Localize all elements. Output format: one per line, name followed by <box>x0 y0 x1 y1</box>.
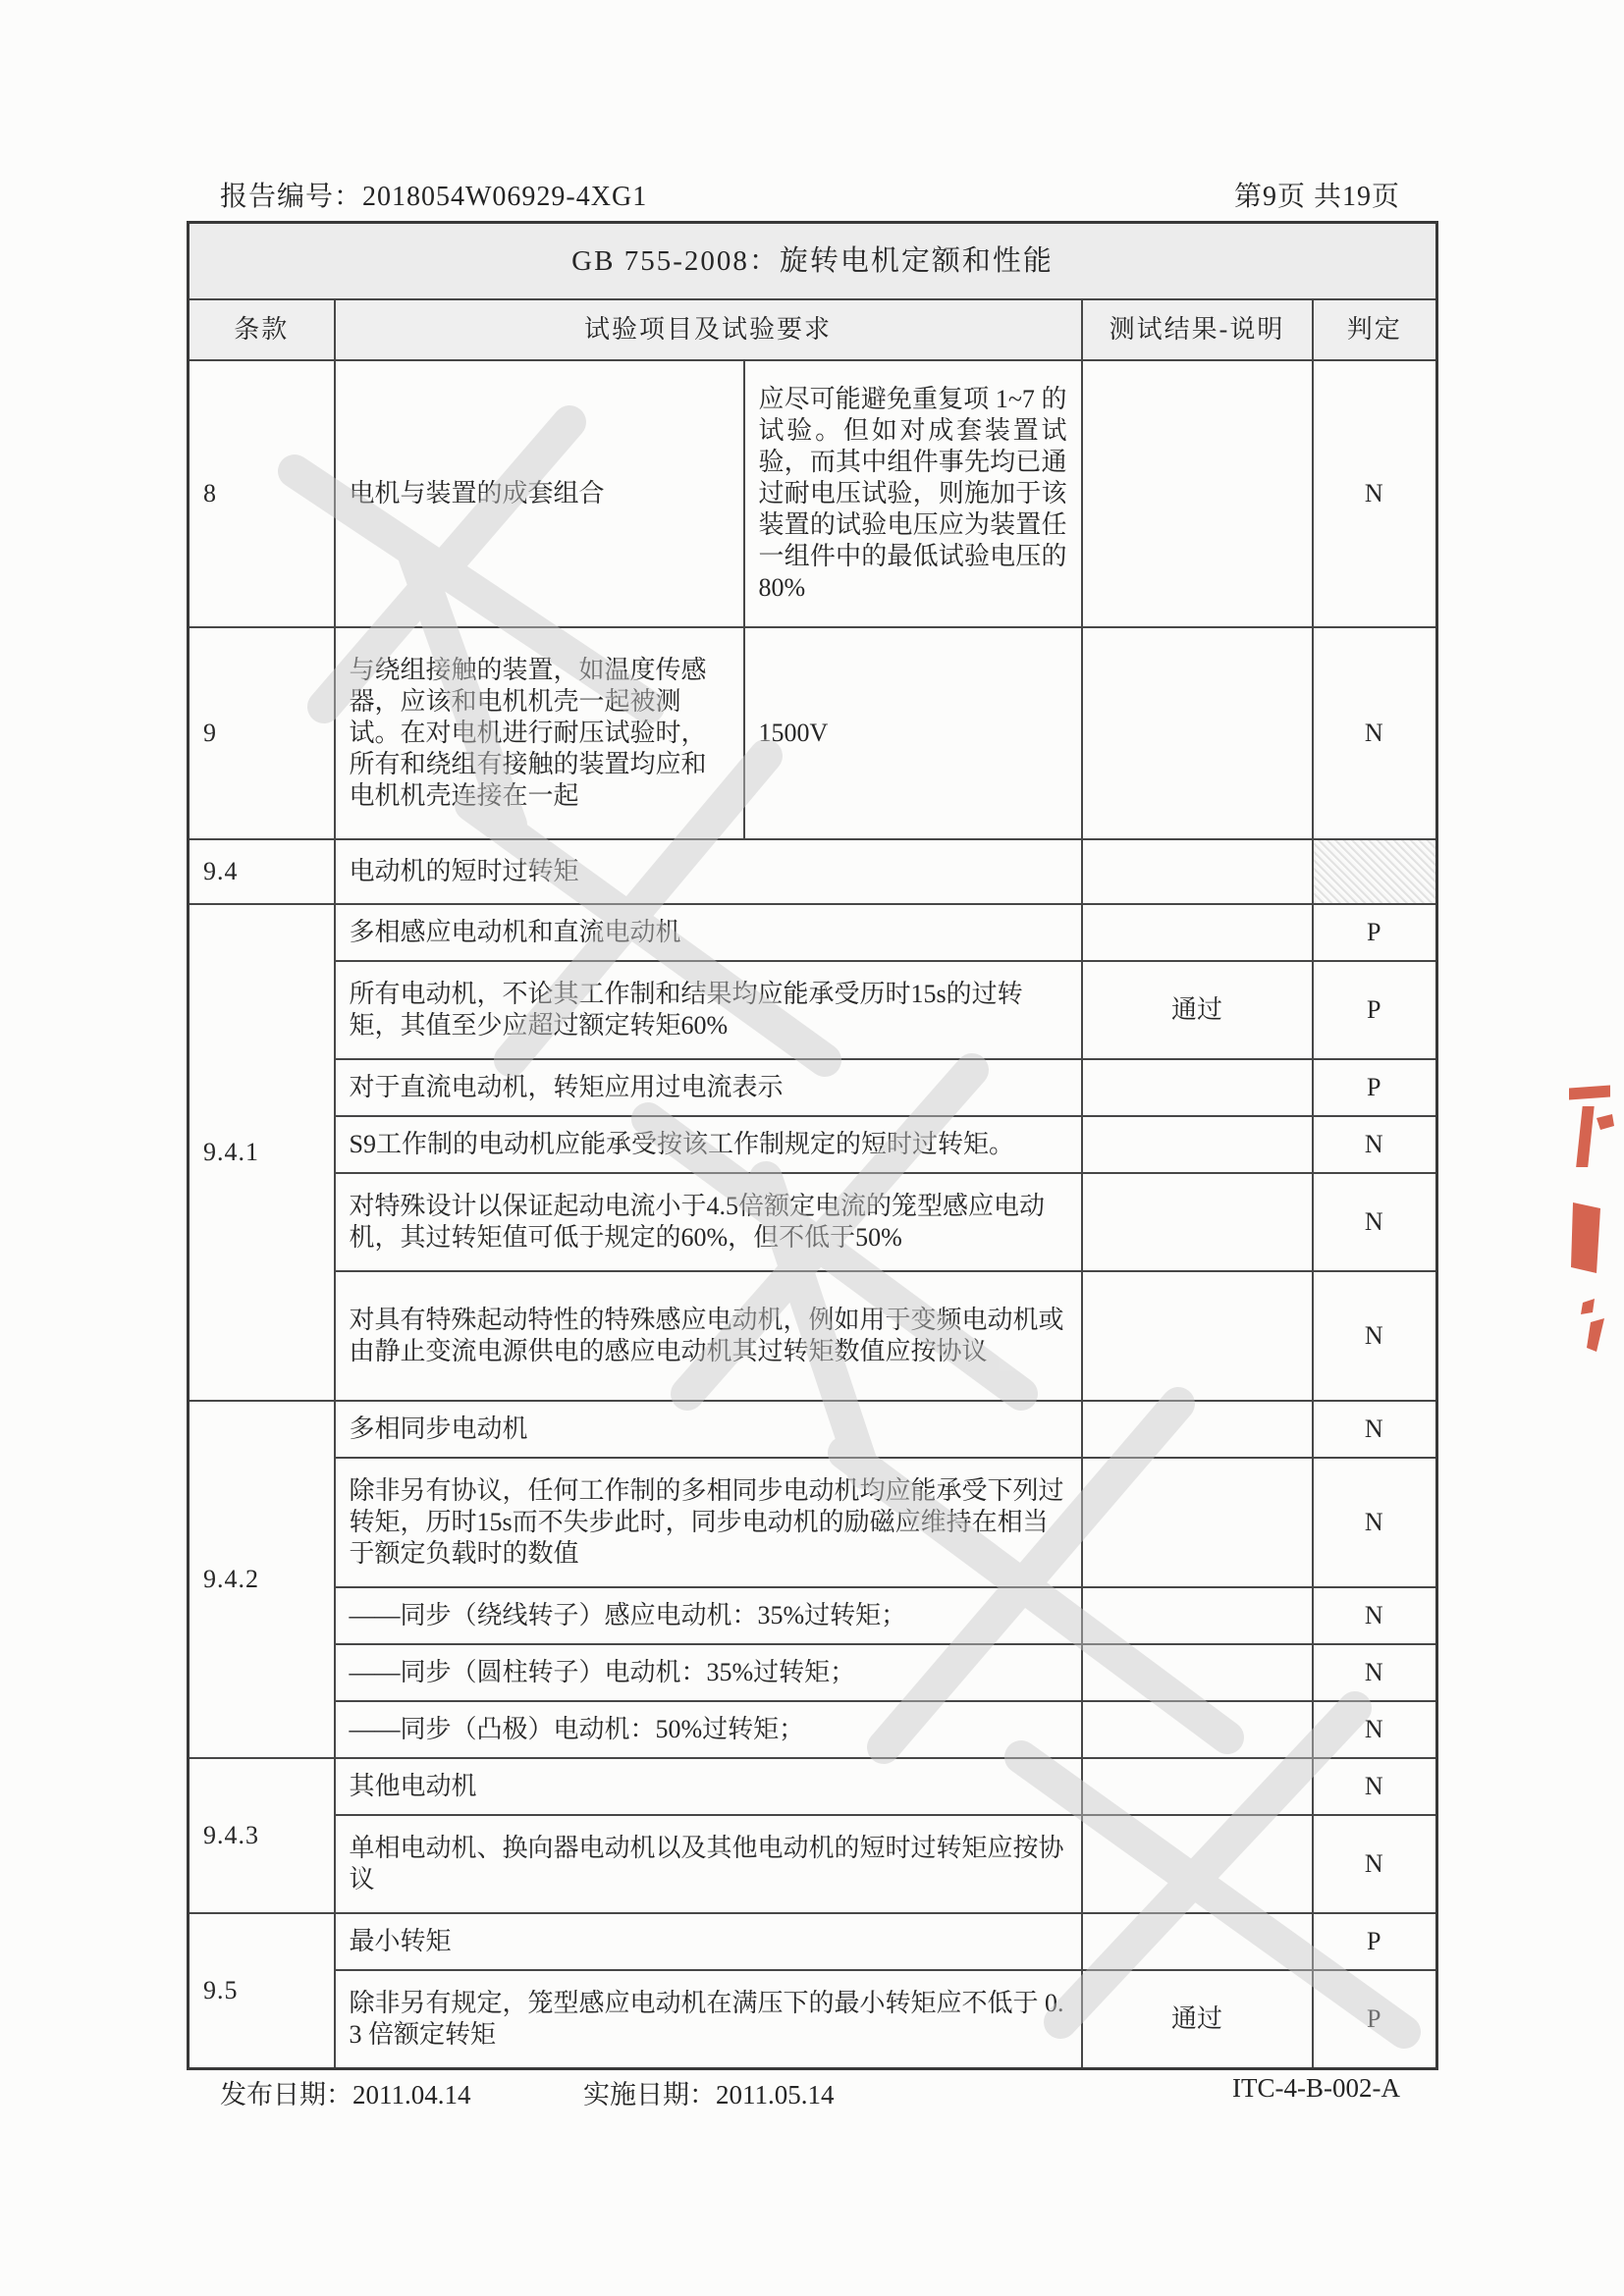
header-verdict: 判定 <box>1313 299 1437 360</box>
result-cell <box>1082 839 1313 904</box>
result-cell <box>1082 1401 1313 1458</box>
verdict-cell: N <box>1313 360 1437 627</box>
result-cell <box>1082 1116 1313 1173</box>
item-cell: 对于直流电动机，转矩应用过电流表示 <box>335 1059 1082 1116</box>
table-row: 对具有特殊起动特性的特殊感应电动机，例如用于变频电动机或由静止变流电源供电的感应… <box>189 1271 1437 1401</box>
implement-date: 实施日期：2011.05.14 <box>583 2073 835 2111</box>
header-result: 测试结果-说明 <box>1082 299 1313 360</box>
requirement-cell: 1500V <box>744 627 1082 839</box>
verdict-cell: N <box>1313 1271 1437 1401</box>
verdict-cell <box>1313 839 1437 904</box>
item-cell: 电动机的短时过转矩 <box>335 839 1082 904</box>
verdict-cell: P <box>1313 1059 1437 1116</box>
verdict-cell: P <box>1313 961 1437 1059</box>
table-row: 对于直流电动机，转矩应用过电流表示 P <box>189 1059 1437 1116</box>
table-row: 9 与绕组接触的装置，如温度传感器，应该和电机机壳一起被测试。在对电机进行耐压试… <box>189 627 1437 839</box>
result-cell <box>1082 1059 1313 1116</box>
item-cell: S9工作制的电动机应能承受按该工作制规定的短时过转矩。 <box>335 1116 1082 1173</box>
clause-cell: 9 <box>189 627 335 839</box>
result-cell <box>1082 1758 1313 1815</box>
clause-cell: 9.4.1 <box>189 904 335 1401</box>
result-cell <box>1082 1644 1313 1701</box>
table-row: 9.5 最小转矩 P <box>189 1913 1437 1970</box>
table-row: 9.4.2 多相同步电动机 N <box>189 1401 1437 1458</box>
result-cell <box>1082 360 1313 627</box>
verdict-cell: N <box>1313 1701 1437 1758</box>
item-cell: 最小转矩 <box>335 1913 1082 1970</box>
verdict-cell: N <box>1313 1644 1437 1701</box>
item-cell: 与绕组接触的装置，如温度传感器，应该和电机机壳一起被测试。在对电机进行耐压试验时… <box>335 627 744 839</box>
verdict-cell: P <box>1313 1970 1437 2068</box>
table-title-row: GB 755-2008：旋转电机定额和性能 <box>189 223 1437 300</box>
table-row: S9工作制的电动机应能承受按该工作制规定的短时过转矩。 N <box>189 1116 1437 1173</box>
table-row: 单相电动机、换向器电动机以及其他电动机的短时过转矩应按协议 N <box>189 1815 1437 1913</box>
table-row: 所有电动机，不论其工作制和结果均应能承受历时15s的过转矩，其值至少应超过额定转… <box>189 961 1437 1059</box>
result-cell <box>1082 1173 1313 1271</box>
header-clause: 条款 <box>189 299 335 360</box>
test-results-table: GB 755-2008：旋转电机定额和性能 条款 试验项目及试验要求 测试结果-… <box>187 221 1438 2070</box>
result-cell <box>1082 627 1313 839</box>
clause-cell: 9.4 <box>189 839 335 904</box>
item-cell: 电机与装置的成套组合 <box>335 360 744 627</box>
clause-cell: 8 <box>189 360 335 627</box>
table-row: 除非另有协议，任何工作制的多相同步电动机均应能承受下列过转矩，历时15s而不失步… <box>189 1458 1437 1587</box>
verdict-cell: N <box>1313 1458 1437 1587</box>
result-cell <box>1082 1815 1313 1913</box>
verdict-cell: N <box>1313 1401 1437 1458</box>
verdict-cell: P <box>1313 904 1437 961</box>
item-cell: ——同步（圆柱转子）电动机：35%过转矩； <box>335 1644 1082 1701</box>
verdict-cell: N <box>1313 1116 1437 1173</box>
table-row: 9.4.1 多相感应电动机和直流电动机 P <box>189 904 1437 961</box>
page-number: 第9页 共19页 <box>1234 175 1400 214</box>
item-cell: 对特殊设计以保证起动电流小于4.5倍额定电流的笼型感应电动机，其过转矩值可低于规… <box>335 1173 1082 1271</box>
table-row: 除非另有规定，笼型感应电动机在满压下的最小转矩应不低于 0.3 倍额定转矩 通过… <box>189 1970 1437 2068</box>
red-stamp-fragments <box>1561 1085 1624 1360</box>
clause-cell: 9.5 <box>189 1913 335 2068</box>
item-cell: 单相电动机、换向器电动机以及其他电动机的短时过转矩应按协议 <box>335 1815 1082 1913</box>
result-cell <box>1082 1913 1313 1970</box>
scanned-report-page: 报告编号：2018054W06929-4XG1 第9页 共19页 GB 755-… <box>0 0 1624 2296</box>
result-cell <box>1082 904 1313 961</box>
item-cell: ——同步（凸极）电动机：50%过转矩； <box>335 1701 1082 1758</box>
result-cell: 通过 <box>1082 961 1313 1059</box>
header-item: 试验项目及试验要求 <box>335 299 1082 360</box>
table-title: GB 755-2008：旋转电机定额和性能 <box>189 223 1437 300</box>
verdict-cell: N <box>1313 1758 1437 1815</box>
table-row: ——同步（绕线转子）感应电动机：35%过转矩； N <box>189 1587 1437 1644</box>
release-date: 发布日期：2011.04.14 <box>220 2073 471 2111</box>
result-cell <box>1082 1458 1313 1587</box>
table-row: ——同步（圆柱转子）电动机：35%过转矩； N <box>189 1644 1437 1701</box>
table-row: 对特殊设计以保证起动电流小于4.5倍额定电流的笼型感应电动机，其过转矩值可低于规… <box>189 1173 1437 1271</box>
verdict-cell: N <box>1313 627 1437 839</box>
table-header-row: 条款 试验项目及试验要求 测试结果-说明 判定 <box>189 299 1437 360</box>
verdict-cell: N <box>1313 1587 1437 1644</box>
table-row: 8 电机与装置的成套组合 应尽可能避免重复项 1~7 的试验。但如对成套装置试验… <box>189 360 1437 627</box>
requirement-cell: 应尽可能避免重复项 1~7 的试验。但如对成套装置试验，而其中组件事先均已通过耐… <box>744 360 1082 627</box>
document-code: ITC-4-B-002-A <box>1232 2073 1400 2104</box>
verdict-cell: N <box>1313 1173 1437 1271</box>
verdict-cell: P <box>1313 1913 1437 1970</box>
result-cell <box>1082 1701 1313 1758</box>
item-cell: 除非另有规定，笼型感应电动机在满压下的最小转矩应不低于 0.3 倍额定转矩 <box>335 1970 1082 2068</box>
table-row: ——同步（凸极）电动机：50%过转矩； N <box>189 1701 1437 1758</box>
item-cell: 除非另有协议，任何工作制的多相同步电动机均应能承受下列过转矩，历时15s而不失步… <box>335 1458 1082 1587</box>
item-cell: 对具有特殊起动特性的特殊感应电动机，例如用于变频电动机或由静止变流电源供电的感应… <box>335 1271 1082 1401</box>
clause-cell: 9.4.3 <box>189 1758 335 1913</box>
item-cell: 多相感应电动机和直流电动机 <box>335 904 1082 961</box>
scan-smudge <box>1314 840 1436 903</box>
item-cell: ——同步（绕线转子）感应电动机：35%过转矩； <box>335 1587 1082 1644</box>
item-cell: 多相同步电动机 <box>335 1401 1082 1458</box>
item-cell: 其他电动机 <box>335 1758 1082 1815</box>
result-cell: 通过 <box>1082 1970 1313 2068</box>
result-cell <box>1082 1271 1313 1401</box>
table-row: 9.4.3 其他电动机 N <box>189 1758 1437 1815</box>
report-number: 报告编号：2018054W06929-4XG1 <box>220 175 647 214</box>
table-row: 9.4 电动机的短时过转矩 <box>189 839 1437 904</box>
result-cell <box>1082 1587 1313 1644</box>
verdict-cell: N <box>1313 1815 1437 1913</box>
clause-cell: 9.4.2 <box>189 1401 335 1758</box>
item-cell: 所有电动机，不论其工作制和结果均应能承受历时15s的过转矩，其值至少应超过额定转… <box>335 961 1082 1059</box>
